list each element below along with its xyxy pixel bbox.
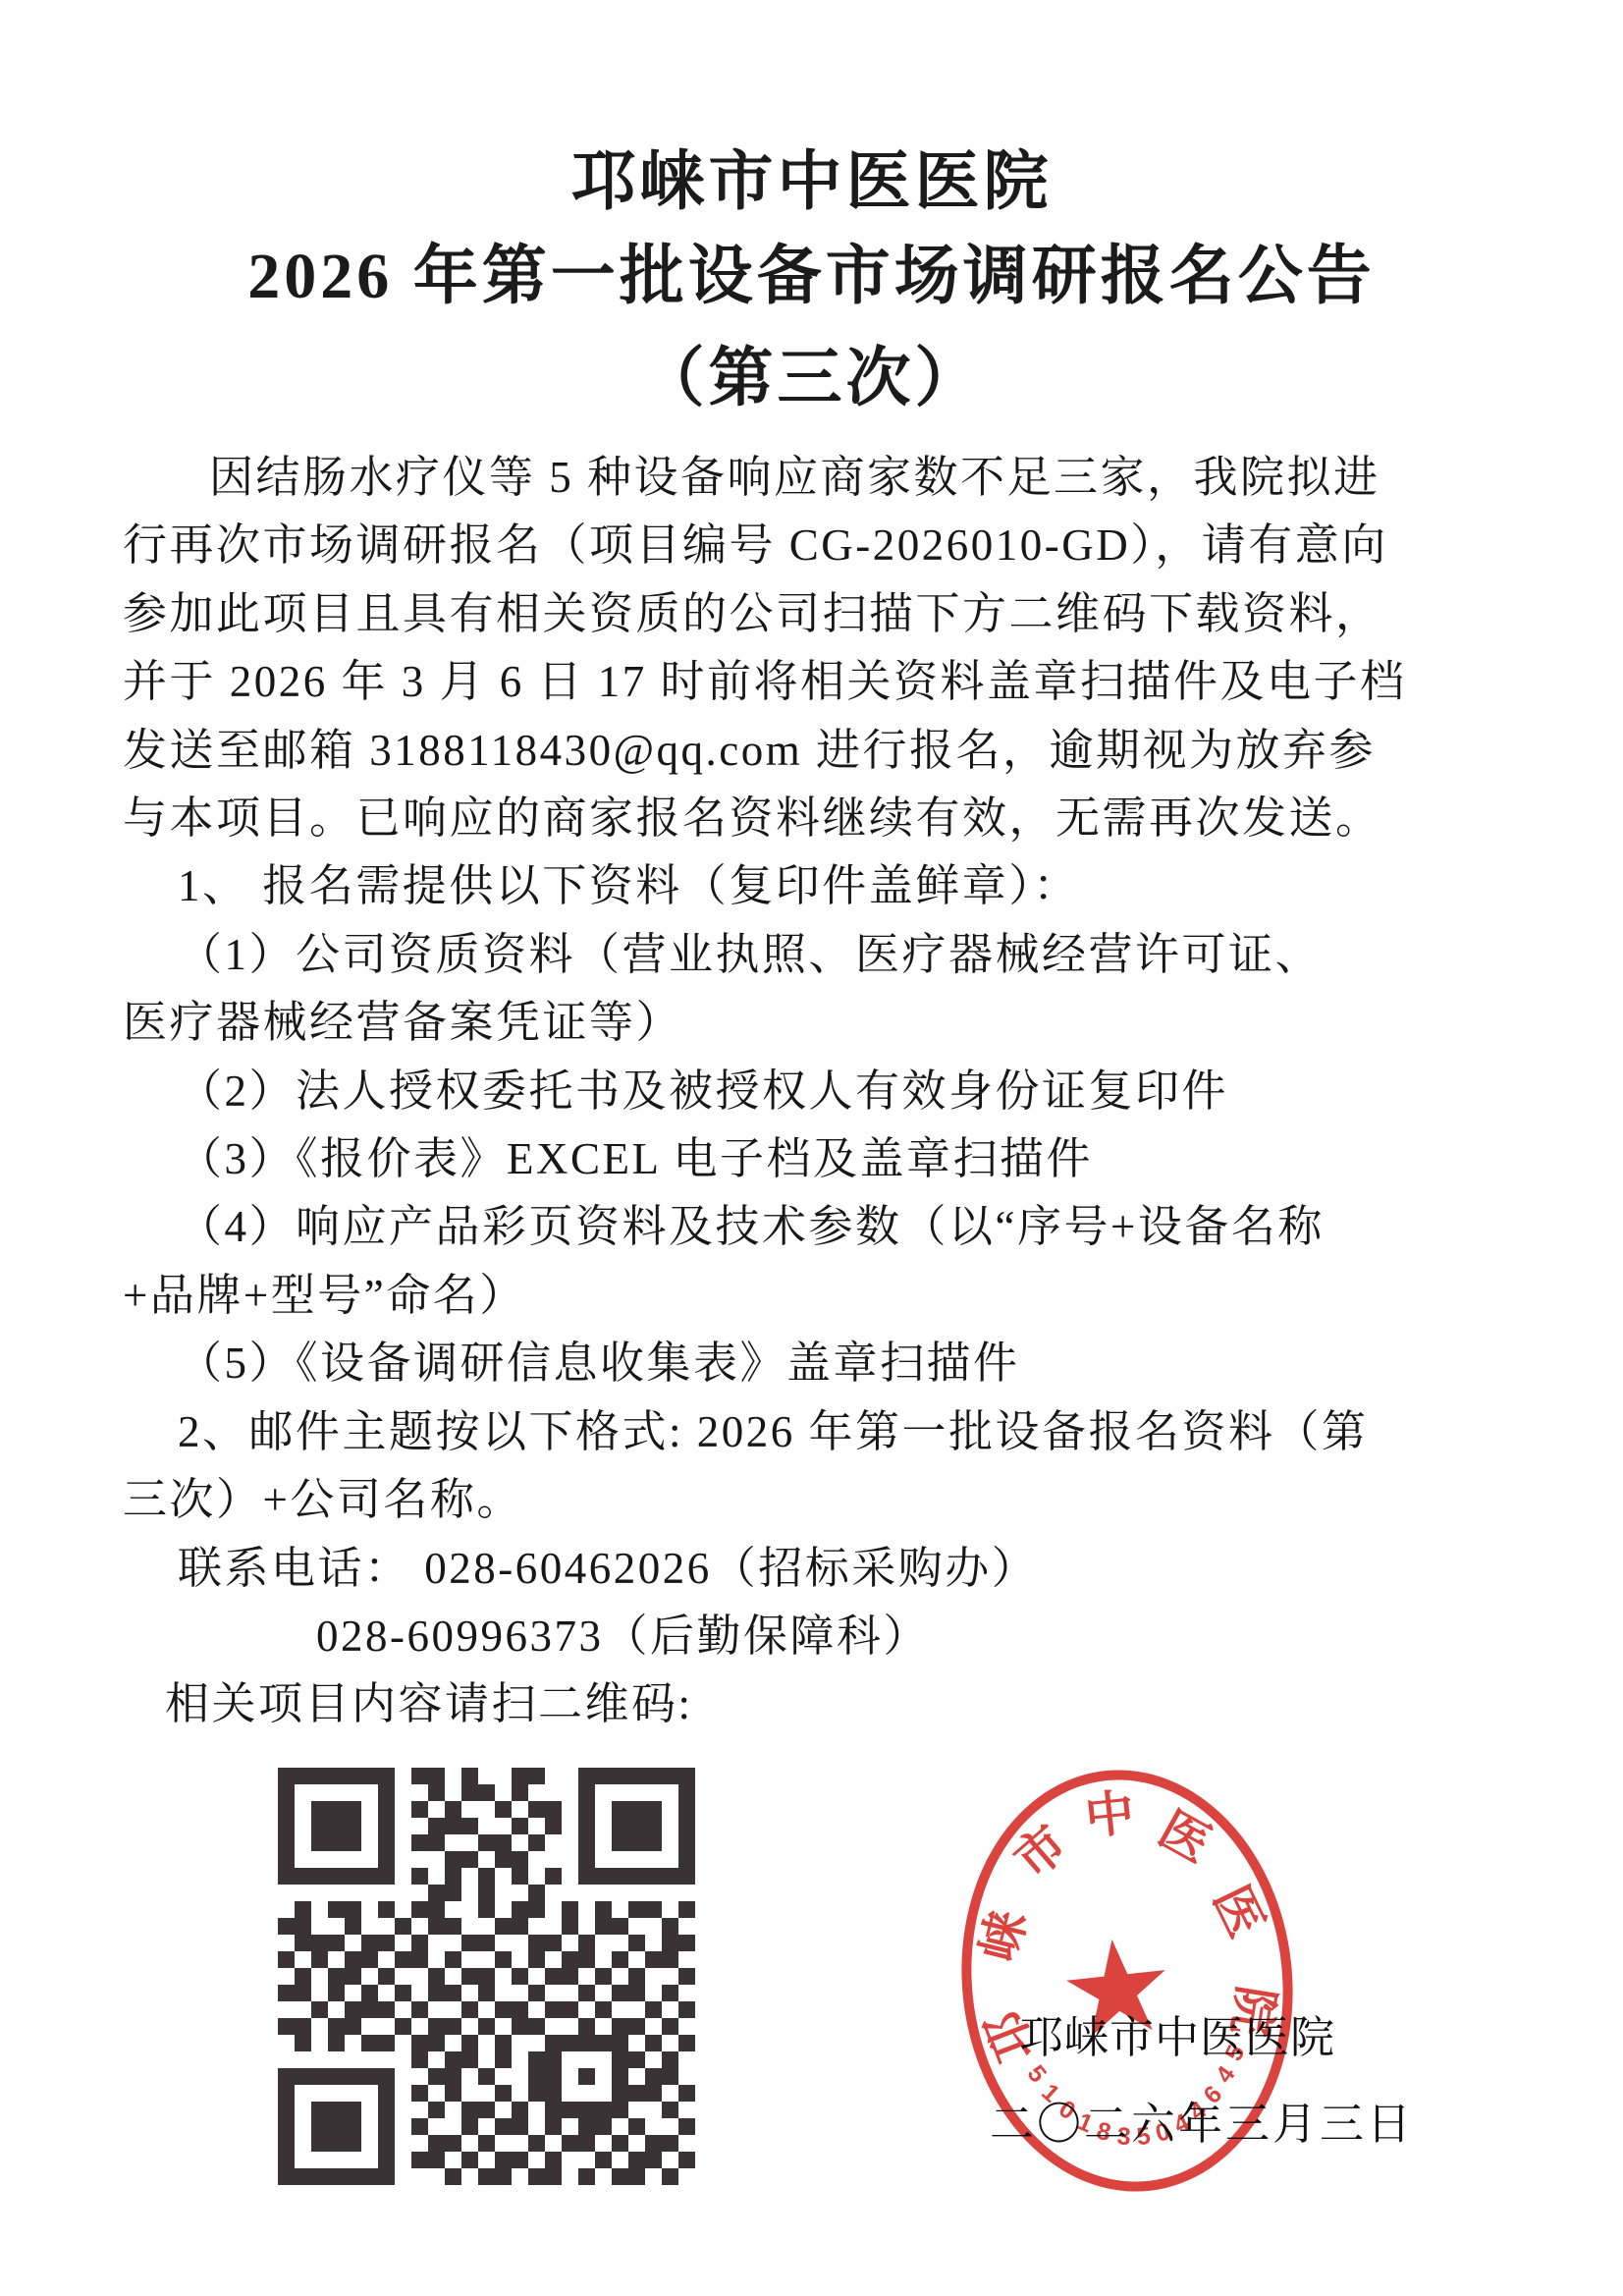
body-line: 与本项目。已响应的商家报名资料继续有效，无需再次发送。 [123,785,1527,852]
doc-title-main: 2026 年第一批设备市场调研报名公告 [0,238,1623,316]
body-line: （1）公司资质资料（营业执照、医疗器械经营许可证、 [123,921,1527,989]
body-line: （4）响应产品彩页资料及技术参数（以“序号+设备名称 [123,1193,1527,1261]
body-line: 联系电话： 028-60462026（招标采购办） [123,1535,1527,1603]
body-line: 028-60996373（后勤保障科） [123,1603,1527,1670]
body-line: 行再次市场调研报名（项目编号 CG-2026010-GD），请有意向 [123,512,1527,579]
body-line: 医疗器械经营备案凭证等） [123,989,1527,1057]
body-line: 2、邮件主题按以下格式: 2026 年第一批设备报名资料（第 [123,1398,1527,1466]
body-line: （2）法人授权委托书及被授权人有效身份证复印件 [123,1058,1527,1125]
body-line: 因结肠水疗仪等 5 种设备响应商家数不足三家，我院拟进 [123,444,1527,512]
doc-title-round: （第三次） [0,340,1623,418]
body-line: 参加此项目且具有相关资质的公司扫描下方二维码下载资料， [123,580,1527,648]
body-line: +品牌+型号”命名） [123,1262,1527,1330]
doc-title-org: 邛崃市中医医院 [0,143,1623,222]
qr-code [278,1768,695,2185]
body-line: （3）《报价表》EXCEL 电子档及盖章扫描件 [123,1125,1527,1193]
body-line: 相关项目内容请扫二维码: [123,1670,1527,1738]
star-icon: ★ [1036,1909,1198,2071]
body-line: 三次）+公司名称。 [123,1466,1527,1534]
body-line: （5）《设备调研信息收集表》盖章扫描件 [123,1330,1527,1397]
body-line: 发送至邮箱 3188118430@qq.com 进行报名，逾期视为放弃参 [123,717,1527,785]
stamp: ★ 邛崃市中医医院 5101835044645 [941,1754,1313,2209]
body-line: 1、 报名需提供以下资料（复印件盖鲜章）： [123,852,1527,920]
body-text: 因结肠水疗仪等 5 种设备响应商家数不足三家，我院拟进行再次市场调研报名（项目编… [123,444,1527,1739]
document-page: 邛崃市中医医院 2026 年第一批设备市场调研报名公告 （第三次） 因结肠水疗仪… [0,0,1623,2296]
body-line: 并于 2026 年 3 月 6 日 17 时前将相关资料盖章扫描件及电子档 [123,648,1527,716]
